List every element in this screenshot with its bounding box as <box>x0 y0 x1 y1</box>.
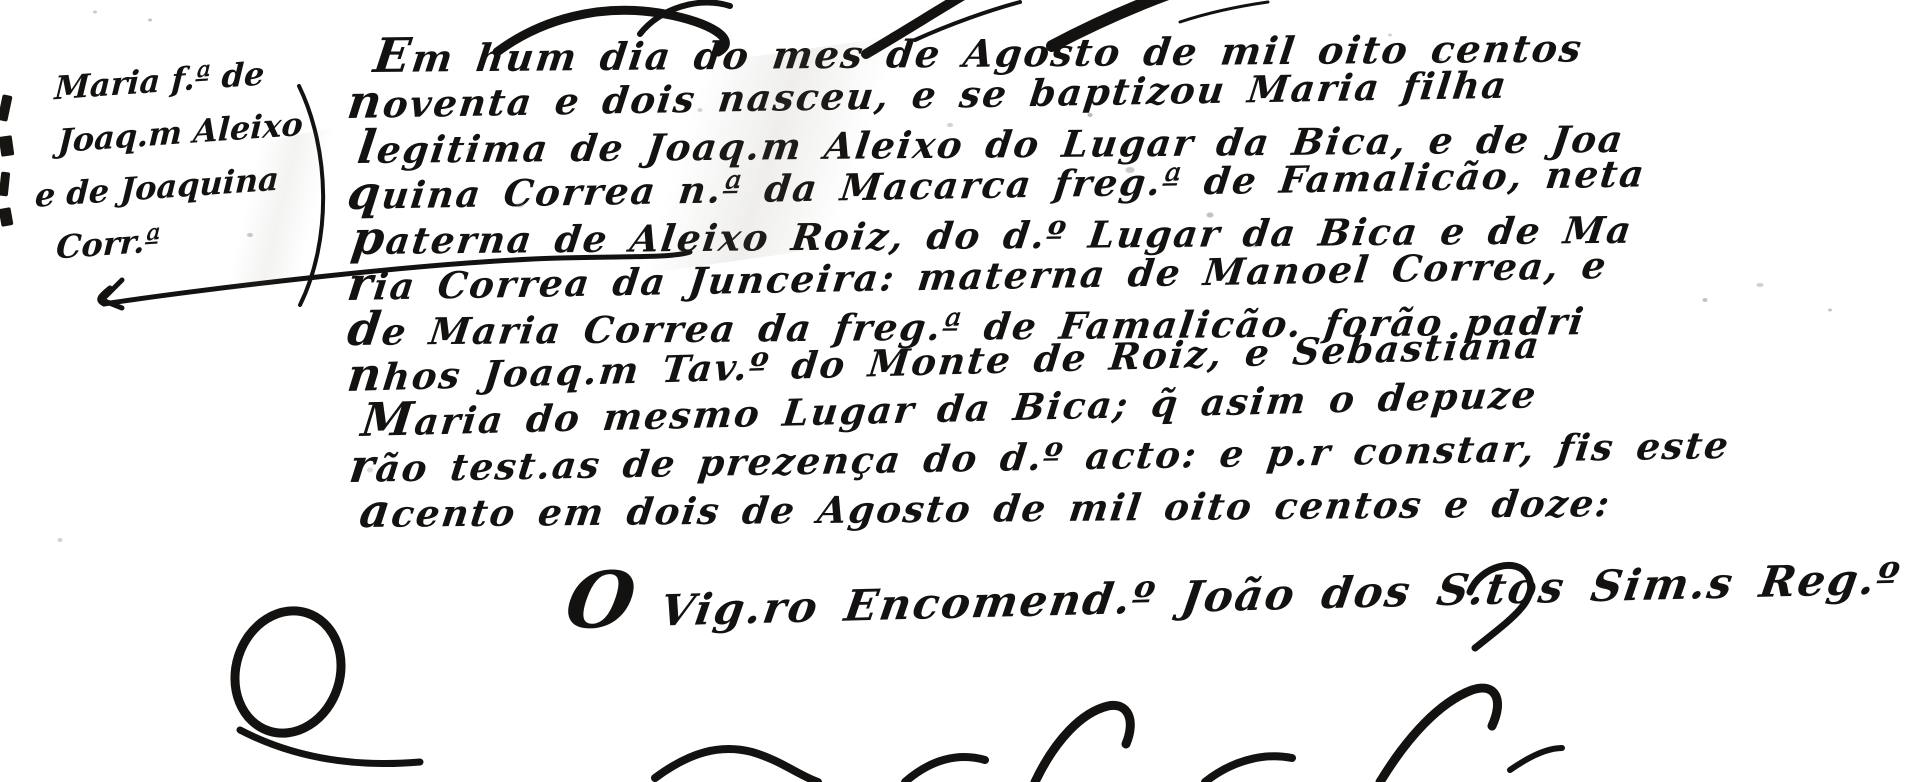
signature-line: O Vig.ro Encomend.º João dos S.tos Sim.s… <box>560 529 1628 647</box>
scan-edge-artifact <box>0 207 13 227</box>
scan-edge-artifact <box>0 94 13 122</box>
scan-edge-artifact <box>0 135 14 157</box>
margin-note: Maria f.ª de Joaq.m Aleixo e de Joaquina… <box>45 43 326 275</box>
record-body: Em hum dia do mes de Agosto de mil oito … <box>345 34 1595 535</box>
scanned-baptism-record: Maria f.ª de Joaq.m Aleixo e de Joaquina… <box>0 0 1920 782</box>
record-line: acento em dois de Agosto de mil oito cen… <box>357 478 1602 534</box>
scan-edge-artifact <box>0 172 10 197</box>
